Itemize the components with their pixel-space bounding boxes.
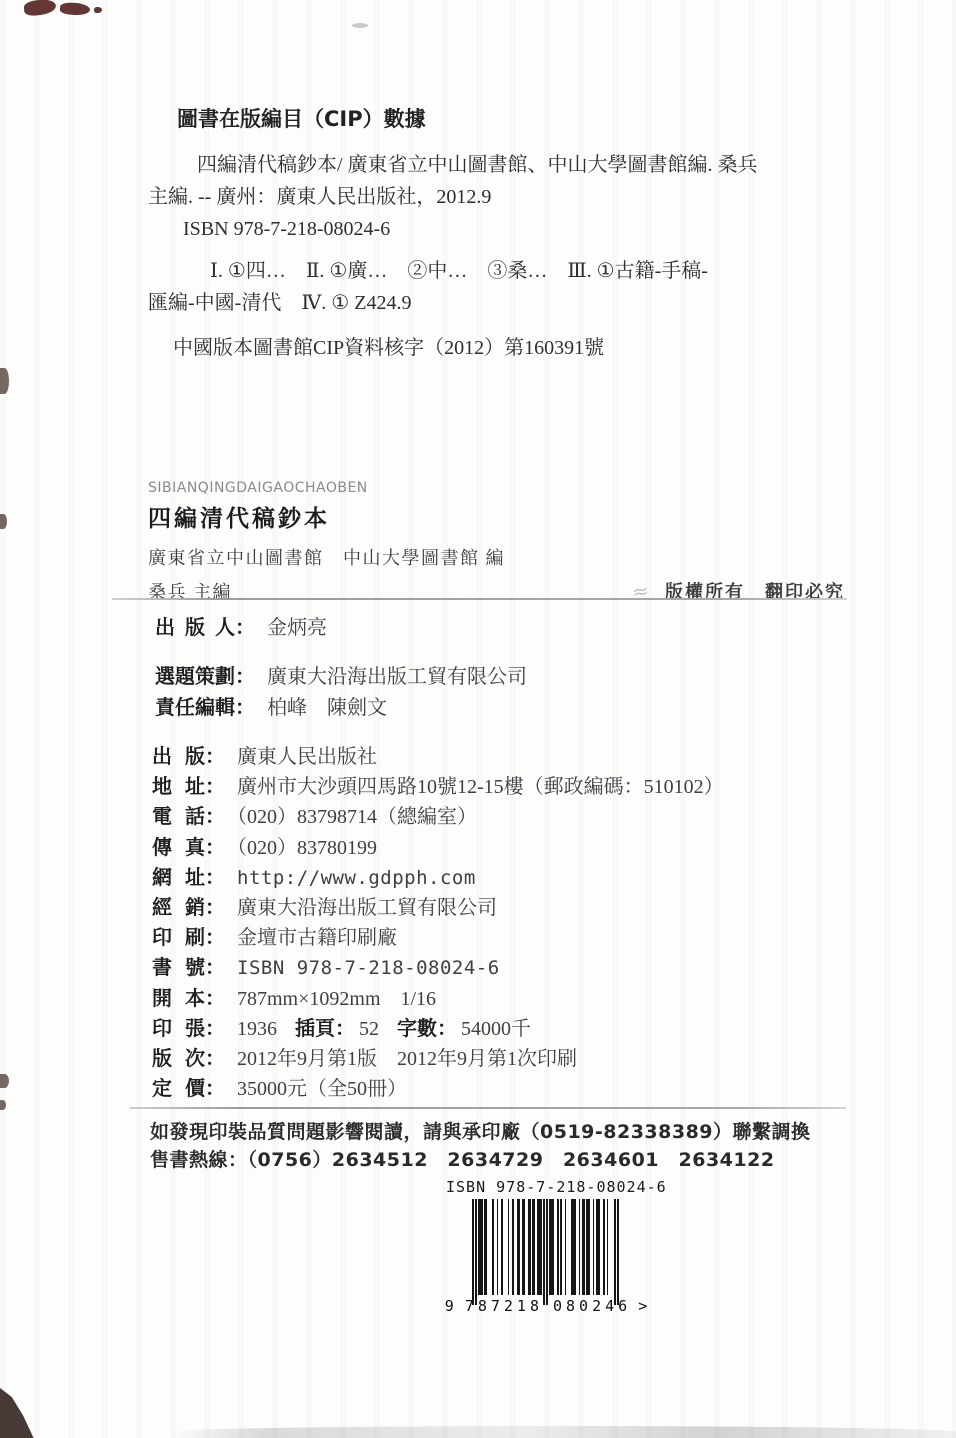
chief-editor: 桑兵 主編 <box>148 578 232 604</box>
barcode-isbn-text: ISBN 978-7-218-08024-6 <box>446 1178 646 1196</box>
staff-section: 出版人：金炳亮 選題策劃：廣東大沿海出版工貿有限公司 責任編輯：柏峰 陳劍文 <box>155 612 527 723</box>
pub-row-printer: 印刷：金壇市古籍印刷廠 <box>152 923 724 953</box>
cip-classification-line2: 匯編-中國-清代 Ⅳ. ① Z424.9 <box>148 287 868 319</box>
colon: ： <box>205 1016 225 1040</box>
scan-artifact <box>170 1426 956 1438</box>
pub-row-edition: 版次：2012年9月第1版 2012年9月第1次印刷 <box>152 1044 724 1074</box>
publication-info-section: 出版：廣東人民出版社 地址：廣州市大沙頭四馬路10號12-15樓（郵政編碼：51… <box>152 742 724 1104</box>
barcode-arrow: > <box>638 1297 647 1315</box>
pinyin-title: SIBIANQINGDAIGAOCHAOBEN <box>148 480 845 496</box>
pub-label: 地址 <box>152 772 205 801</box>
pub-row-telephone: 電話：（020）83798714（總編室） <box>152 802 724 832</box>
pub-value-sheets: 1936 <box>237 1018 277 1040</box>
copyright-page: 圖書在版編目（CIP）數據 四編清代稿鈔本/ 廣東省立中山圖書館、中山大學圖書館… <box>0 0 956 1438</box>
pub-row-publisher: 出版：廣東人民出版社 <box>152 742 724 772</box>
pub-value: 廣東大沿海出版工貿有限公司 <box>237 897 497 919</box>
staff-value: 金炳亮 <box>267 617 327 639</box>
colon: ： <box>205 955 225 979</box>
cip-record-number: 中國版本圖書館CIP資料核字（2012）第160391號 <box>173 332 868 364</box>
staff-label: 選題策劃 <box>155 661 235 691</box>
staff-label: 出版人 <box>155 612 235 642</box>
pub-row-fax: 傳真：（020）83780199 <box>152 833 724 863</box>
pub-value-url: http://www.gdpph.com <box>237 867 476 889</box>
quality-notice: 如發現印裝品質問題影響閱讀，請與承印廠（0519-82338389）聯繫調換 售… <box>150 1118 850 1174</box>
staff-row-editors: 責任編輯：柏峰 陳劍文 <box>155 692 527 723</box>
pub-value: 廣東人民出版社 <box>237 746 377 768</box>
scan-artifact <box>0 1074 9 1088</box>
scan-artifact <box>352 23 368 28</box>
scan-artifact <box>94 7 102 13</box>
pub-label: 開本 <box>152 984 205 1013</box>
scan-artifact <box>0 1388 42 1438</box>
colon: ： <box>205 1046 225 1070</box>
title-block: SIBIANQINGDAIGAOCHAOBEN 四編清代稿鈔本 廣東省立中山圖書… <box>148 480 845 604</box>
wordcount-label: 字數 <box>397 1016 437 1040</box>
staff-label: 責任編輯 <box>155 692 235 722</box>
scan-artifact <box>0 1100 6 1110</box>
pub-label: 網址 <box>152 863 205 892</box>
divider-rule-top <box>112 598 847 600</box>
pub-label: 定價 <box>152 1074 205 1103</box>
barcode-block: ISBN 978-7-218-08024-6 9 787218 080246 > <box>446 1178 646 1315</box>
pub-label: 電話 <box>152 802 205 831</box>
staff-row-publisher-person: 出版人：金炳亮 <box>155 612 527 643</box>
cip-isbn: ISBN 978-7-218-08024-6 <box>183 213 868 245</box>
book-title: 四編清代稿鈔本 <box>148 500 845 533</box>
copyright-notice-text: 版權所有 翻印必究 <box>665 578 845 604</box>
pub-row-format: 開本：787mm×1092mm 1/16 <box>152 984 724 1014</box>
colon: ： <box>335 1016 355 1040</box>
ean13-barcode <box>472 1199 620 1305</box>
pub-value: （020）83798714（總編室） <box>237 806 477 828</box>
staff-value: 廣東大沿海出版工貿有限公司 <box>267 666 527 688</box>
cip-section: 圖書在版編目（CIP）數據 四編清代稿鈔本/ 廣東省立中山圖書館、中山大學圖書館… <box>148 103 868 364</box>
colon: ： <box>205 804 225 828</box>
pub-value: 35000元（全50冊） <box>237 1078 407 1100</box>
staff-value: 柏峰 陳劍文 <box>267 697 387 719</box>
divider-rule-bottom <box>130 1107 846 1109</box>
colon: ： <box>235 664 255 688</box>
pub-label: 傳真 <box>152 833 205 862</box>
barcode-module <box>617 1199 619 1305</box>
scan-artifact <box>60 2 91 16</box>
editors-line: 廣東省立中山圖書館 中山大學圖書館 編 <box>148 544 845 570</box>
colon: ： <box>205 1076 225 1100</box>
pub-label: 印刷 <box>152 923 205 952</box>
colon: ： <box>235 615 255 639</box>
colon: ： <box>205 865 225 889</box>
colon: ： <box>235 695 255 719</box>
scan-artifact <box>0 368 9 394</box>
colon: ： <box>205 835 225 859</box>
cip-classification-line1: Ⅰ. ①四… Ⅱ. ①廣… ②中… ③桑… Ⅲ. ①古籍-手稿- <box>210 255 868 287</box>
colon: ： <box>205 774 225 798</box>
cip-description-line2: 主編. -- 廣州：廣東人民出版社，2012.9 <box>148 181 868 213</box>
quality-notice-line1: 如發現印裝品質問題影響閱讀，請與承印廠（0519-82338389）聯繫調換 <box>150 1118 850 1146</box>
pub-label: 書號 <box>152 953 205 982</box>
inserts-label: 插頁 <box>295 1016 335 1040</box>
cip-heading: 圖書在版編目（CIP）數據 <box>177 103 868 135</box>
pub-row-isbn: 書號：ISBN 978-7-218-08024-6 <box>152 953 724 983</box>
colon: ： <box>205 925 225 949</box>
pub-label: 版次 <box>152 1044 205 1073</box>
pub-row-sheets: 印張：1936插頁：52字數：54000千 <box>152 1014 724 1044</box>
pub-value-isbn: ISBN 978-7-218-08024-6 <box>237 957 500 979</box>
pub-value: 金壇市古籍印刷廠 <box>237 927 397 949</box>
stamp-mark-icon: ≈ <box>631 578 653 604</box>
colon: ： <box>205 895 225 919</box>
pub-label: 出版 <box>152 742 205 771</box>
wordcount-value: 54000千 <box>461 1018 531 1040</box>
copyright-notice: ≈ 版權所有 翻印必究 <box>632 578 845 604</box>
pub-row-website: 網址：http://www.gdpph.com <box>152 863 724 893</box>
scan-artifact <box>23 0 56 17</box>
cip-description-line1: 四編清代稿鈔本/ 廣東省立中山圖書館、中山大學圖書館編. 桑兵 <box>197 149 868 181</box>
pub-value: 2012年9月第1版 2012年9月第1次印刷 <box>237 1048 577 1070</box>
colon: ： <box>205 986 225 1010</box>
staff-row-planning: 選題策劃：廣東大沿海出版工貿有限公司 <box>155 661 527 692</box>
sales-hotline-line: 售書熱線：（0756）2634512 2634729 2634601 26341… <box>150 1146 850 1174</box>
pub-value: 787mm×1092mm 1/16 <box>237 988 436 1010</box>
colon: ： <box>205 744 225 768</box>
pub-value: 廣州市大沙頭四馬路10號12-15樓（郵政編碼：510102） <box>237 776 724 798</box>
pub-row-address: 地址：廣州市大沙頭四馬路10號12-15樓（郵政編碼：510102） <box>152 772 724 802</box>
barcode-lead-digit: 9 <box>445 1297 454 1315</box>
pub-row-price: 定價：35000元（全50冊） <box>152 1074 724 1104</box>
inserts-value: 52 <box>359 1018 379 1040</box>
pub-row-distributor: 經銷：廣東大沿海出版工貿有限公司 <box>152 893 724 923</box>
pub-label: 經銷 <box>152 893 205 922</box>
pub-label: 印張 <box>152 1014 205 1043</box>
colon: ： <box>437 1016 457 1040</box>
pub-value: （020）83780199 <box>237 837 377 859</box>
scan-artifact <box>0 514 7 529</box>
